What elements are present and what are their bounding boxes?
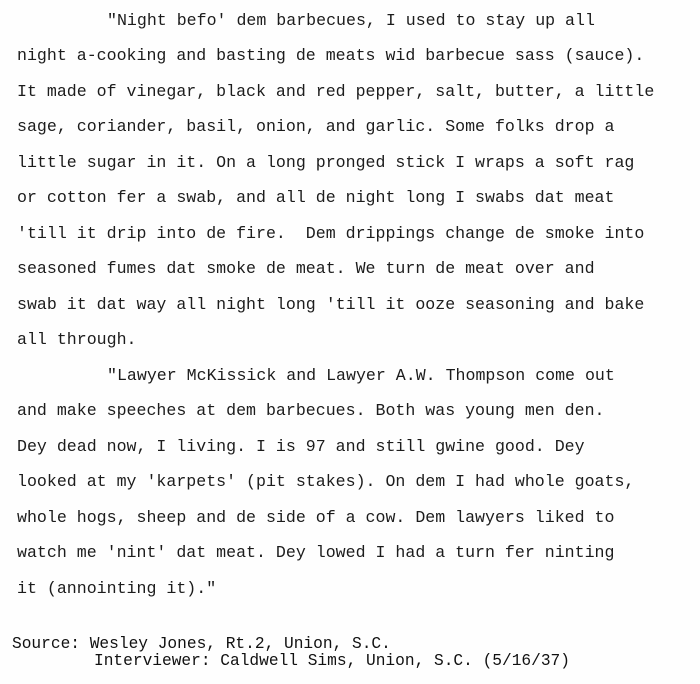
paragraph-1-line: all through. [17,330,137,350]
paragraph-1-line: sage, coriander, basil, onion, and garli… [17,117,614,137]
paragraph-1-line: night a-cooking and basting de meats wid… [17,46,644,66]
paragraph-1-line: swab it dat way all night long 'till it … [17,295,644,315]
interviewer-line: Interviewer: Caldwell Sims, Union, S.C. … [94,651,570,671]
paragraph-1-line: "Night befo' dem barbecues, I used to st… [107,11,595,31]
paragraph-2-line: whole hogs, sheep and de side of a cow. … [17,508,614,528]
paragraph-1-line: 'till it drip into de fire. Dem dripping… [17,224,644,244]
paragraph-2-line: looked at my 'karpets' (pit stakes). On … [17,472,634,492]
paragraph-1-line: little sugar in it. On a long pronged st… [17,153,634,173]
paragraph-2-line: it (annointing it)." [17,579,216,599]
paragraph-2-line: and make speeches at dem barbecues. Both… [17,401,605,421]
paragraph-2-line: Dey dead now, I living. I is 97 and stil… [17,437,585,457]
paragraph-2-line: "Lawyer McKissick and Lawyer A.W. Thomps… [107,366,615,386]
paragraph-2-line: watch me 'nint' dat meat. Dey lowed I ha… [17,543,614,563]
paragraph-1-line: seasoned fumes dat smoke de meat. We tur… [17,259,595,279]
paragraph-1-line: It made of vinegar, black and red pepper… [17,82,654,102]
paragraph-1-line: or cotton fer a swab, and all de night l… [17,188,614,208]
typewritten-page: "Night befo' dem barbecues, I used to st… [0,0,700,684]
